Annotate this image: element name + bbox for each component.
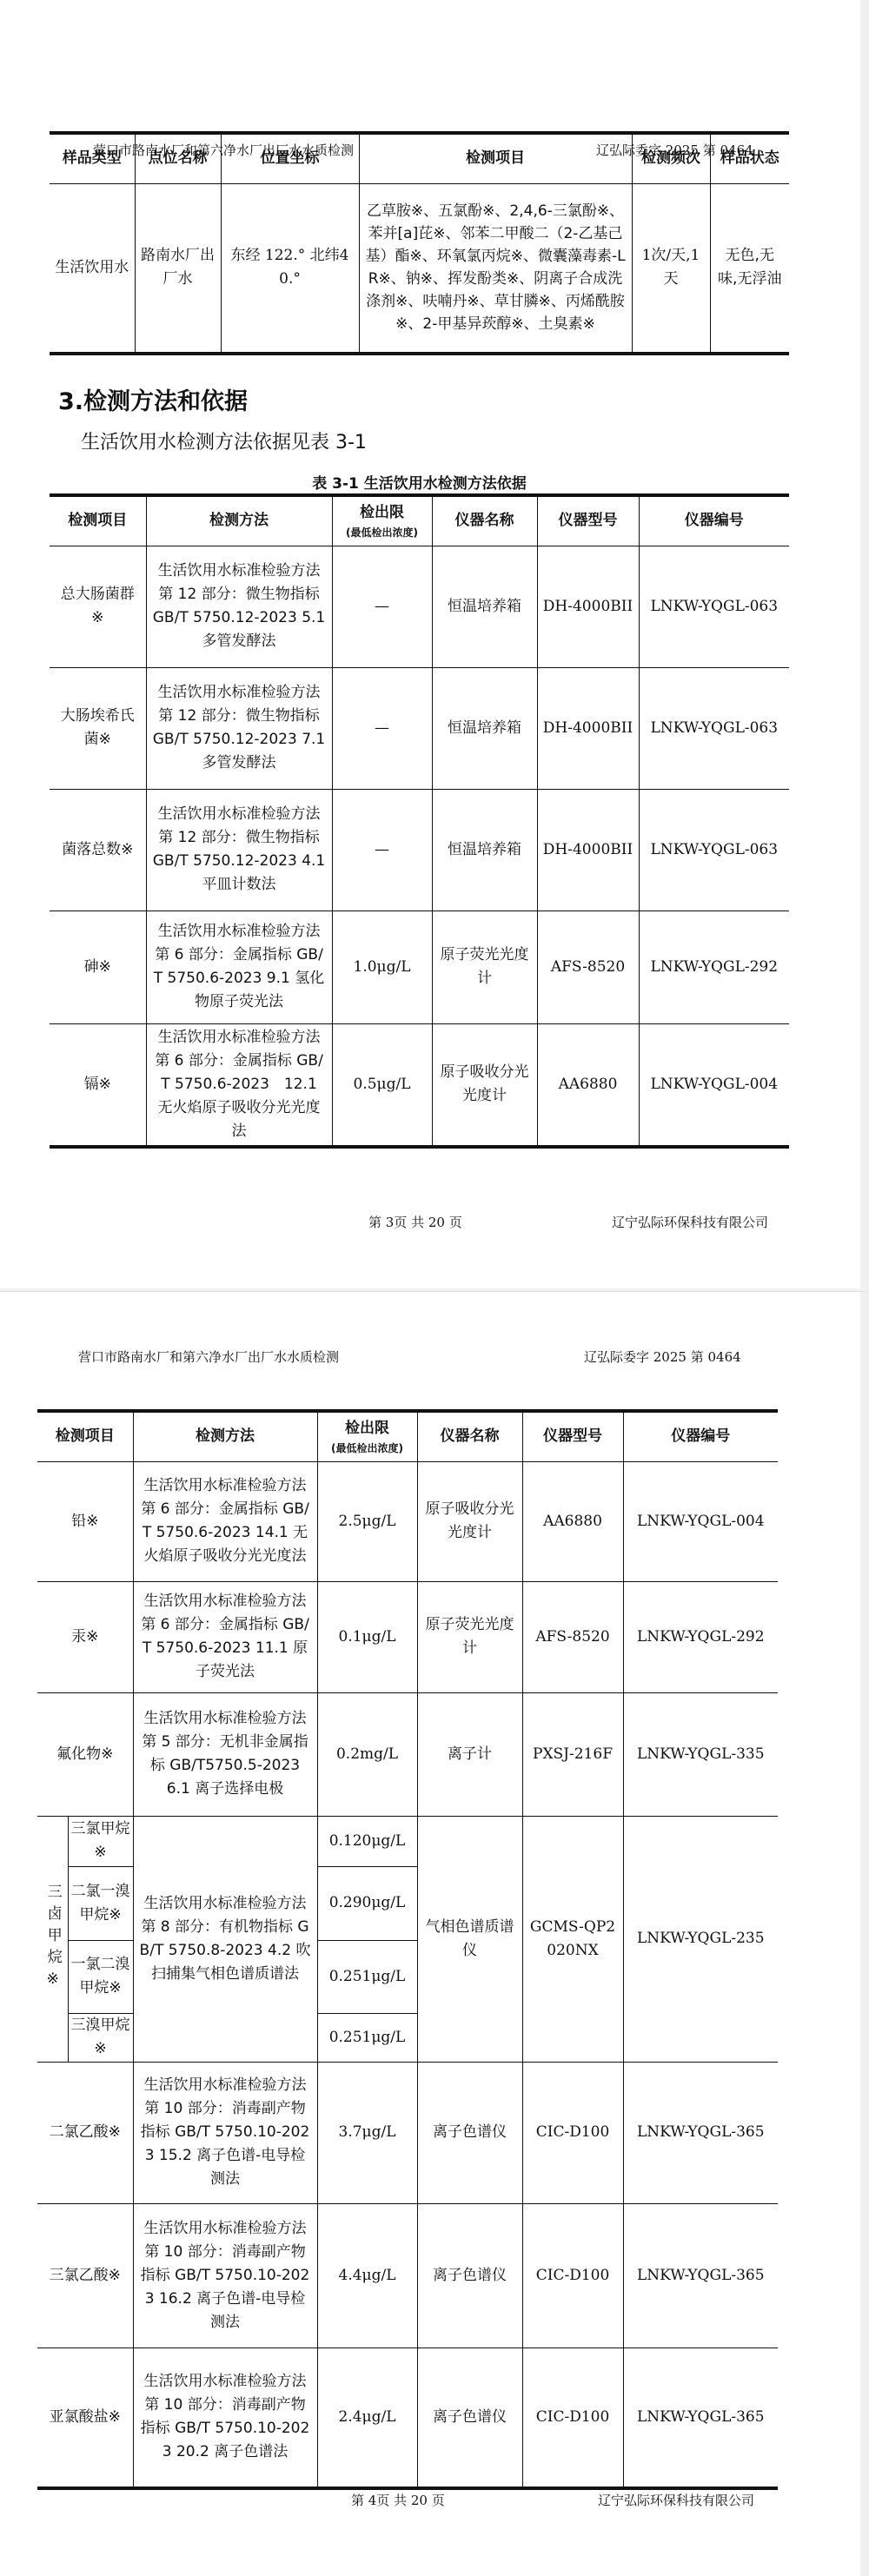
sample-type-cell: 生活饮用水: [50, 183, 135, 354]
serial-cell: LNKW-YQGL-063: [639, 789, 789, 911]
thm-subrow: 三卤甲烷※ 三氯甲烷※ 生活饮用水标准检验方法 第 8 部分：有机物指标 GB/…: [37, 1816, 778, 1866]
item-cell: 三氯乙酸※: [37, 2203, 133, 2348]
item-cell: 铅※: [37, 1461, 133, 1581]
instrument-cell: 离子色谱仪: [417, 2203, 522, 2348]
serial-cell: LNKW-YQGL-063: [639, 667, 789, 789]
limit-sublabel: (最低检出浓度): [338, 525, 427, 540]
limit-cell: 2.4μg/L: [317, 2348, 417, 2488]
limit-cell: 0.5μg/L: [332, 1023, 432, 1147]
thm-serial-cell: LNKW-YQGL-235: [623, 1816, 778, 2062]
col-header-sample-type: 样品类型: [50, 133, 135, 183]
model-cell: AFS-8520: [522, 1581, 623, 1692]
report-number-header: 辽弘际委字 2025 第 0464: [584, 1348, 741, 1366]
model-cell: CIC-D100: [522, 2203, 623, 2348]
limit-cell: 3.7μg/L: [317, 2062, 417, 2203]
serial-cell: LNKW-YQGL-292: [639, 911, 789, 1023]
col-header-serial: 仪器编号: [639, 495, 789, 546]
col-header-state: 样品状态: [710, 133, 789, 183]
item-cell: 二氯乙酸※: [37, 2062, 133, 2203]
method-cell: 生活饮用水标准检验方法 第 6 部分：金属指标 GB/T 5750.6-2023…: [146, 1023, 332, 1147]
limit-cell: 1.0μg/L: [332, 911, 432, 1023]
instrument-cell: 离子色谱仪: [417, 2062, 522, 2203]
limit-cell: —: [332, 789, 432, 911]
item-cell: 汞※: [37, 1581, 133, 1692]
model-cell: CIC-D100: [522, 2062, 623, 2203]
thm-instrument-cell: 气相色谱质谱仪: [417, 1816, 522, 2062]
thm-limit-cell: 0.120μg/L: [317, 1816, 417, 1866]
col-header-frequency: 检测频次: [632, 133, 710, 183]
limit-cell: 0.1μg/L: [317, 1581, 417, 1692]
table-header-row: 样品类型 点位名称 位置坐标 检测项目 检测频次 样品状态: [50, 133, 789, 183]
method-cell: 生活饮用水标准检验方法第 12 部分：微生物指标 GB/T 5750.12-20…: [146, 667, 332, 789]
company-name: 辽宁弘际环保科技有限公司: [598, 2491, 754, 2509]
col-header-instrument: 仪器名称: [417, 1411, 522, 1461]
table-row: 大肠埃希氏菌※ 生活饮用水标准检验方法第 12 部分：微生物指标 GB/T 57…: [50, 667, 789, 789]
item-cell: 总大肠菌群※: [50, 546, 146, 667]
model-cell: DH-4000BII: [537, 789, 639, 911]
thm-limit-cell: 0.251μg/L: [317, 1940, 417, 2013]
item-cell: 镉※: [50, 1023, 146, 1147]
table-row: 铅※ 生活饮用水标准检验方法 第 6 部分：金属指标 GB/T 5750.6-2…: [37, 1461, 778, 1581]
model-cell: PXSJ-216F: [522, 1692, 623, 1816]
method-cell: 生活饮用水标准检验方法 第 6 部分：金属指标 GB/T 5750.6-2023…: [146, 911, 332, 1023]
table-header-row: 检测项目 检测方法 检出限(最低检出浓度) 仪器名称 仪器型号 仪器编号: [37, 1411, 778, 1461]
thm-subitem-cell: 三氯甲烷※: [68, 1816, 133, 1866]
col-header-method: 检测方法: [133, 1411, 317, 1461]
item-cell: 亚氯酸盐※: [37, 2348, 133, 2488]
table-row: 汞※ 生活饮用水标准检验方法 第 6 部分：金属指标 GB/T 5750.6-2…: [37, 1581, 778, 1692]
method-cell: 生活饮用水标准检验方法第 12 部分：微生物指标 GB/T 5750.12-20…: [146, 789, 332, 911]
col-header-model: 仪器型号: [537, 495, 639, 546]
model-cell: AFS-8520: [537, 911, 639, 1023]
thm-group-label: 三卤甲烷※: [37, 1816, 68, 2062]
document-page-3: 营口市路南水厂和第六净水厂出厂水水质检测 辽弘际委字 2025 第 0464 样…: [0, 0, 869, 1288]
method-cell: 生活饮用水标准检验方法 第 5 部分：无机非金属指标 GB/T5750.5-20…: [133, 1692, 317, 1816]
method-cell: 生活饮用水标准检验方法 第 12 部分：微生物指标 GB/T 5750.12-2…: [146, 546, 332, 667]
table-row: 三氯乙酸※ 生活饮用水标准检验方法 第 10 部分：消毒副产物指标 GB/T 5…: [37, 2203, 778, 2348]
section-intro: 生活饮用水检测方法依据见表 3-1: [81, 427, 367, 454]
table-row: 亚氯酸盐※ 生活饮用水标准检验方法 第 10 部分：消毒副产物指标 GB/T 5…: [37, 2348, 778, 2488]
serial-cell: LNKW-YQGL-365: [623, 2062, 778, 2203]
table-row: 镉※ 生活饮用水标准检验方法 第 6 部分：金属指标 GB/T 5750.6-2…: [50, 1023, 789, 1147]
col-header-items: 检测项目: [359, 133, 632, 183]
table-header-row: 检测项目 检测方法 检出限(最低检出浓度) 仪器名称 仪器型号 仪器编号: [50, 495, 789, 546]
col-header-point-name: 点位名称: [135, 133, 221, 183]
instrument-cell: 恒温培养箱: [432, 667, 537, 789]
thm-limit-cell: 0.290μg/L: [317, 1866, 417, 1940]
method-table-part1: 检测项目 检测方法 检出限(最低检出浓度) 仪器名称 仪器型号 仪器编号 总大肠…: [50, 493, 789, 1149]
table-row: 生活饮用水 路南水厂出厂水 东经 122.° 北纬40.° 乙草胺※、五氯酚※、…: [50, 183, 789, 354]
frequency-cell: 1次/天,1天: [632, 183, 710, 354]
model-cell: CIC-D100: [522, 2348, 623, 2488]
limit-label: 检出限: [360, 504, 404, 521]
section-heading: 3.检测方法和依据: [58, 382, 248, 416]
col-header-limit: 检出限(最低检出浓度): [332, 495, 432, 546]
method-cell: 生活饮用水标准检验方法 第 10 部分：消毒副产物指标 GB/T 5750.10…: [133, 2203, 317, 2348]
instrument-cell: 恒温培养箱: [432, 789, 537, 911]
serial-cell: LNKW-YQGL-335: [623, 1692, 778, 1816]
sample-info-table: 样品类型 点位名称 位置坐标 检测项目 检测频次 样品状态 生活饮用水 路南水厂…: [50, 131, 789, 355]
table-row: 二氯乙酸※ 生活饮用水标准检验方法 第 10 部分：消毒副产物指标 GB/T 5…: [37, 2062, 778, 2203]
instrument-cell: 恒温培养箱: [432, 546, 537, 667]
limit-cell: 2.5μg/L: [317, 1461, 417, 1581]
serial-cell: LNKW-YQGL-063: [639, 546, 789, 667]
limit-label: 检出限: [345, 1420, 389, 1437]
item-cell: 氟化物※: [37, 1692, 133, 1816]
method-cell: 生活饮用水标准检验方法 第 6 部分：金属指标 GB/T 5750.6-2023…: [133, 1461, 317, 1581]
col-header-instrument: 仪器名称: [432, 495, 537, 546]
table-row: 菌落总数※ 生活饮用水标准检验方法第 12 部分：微生物指标 GB/T 5750…: [50, 789, 789, 911]
table-row: 总大肠菌群※ 生活饮用水标准检验方法 第 12 部分：微生物指标 GB/T 57…: [50, 546, 789, 667]
limit-cell: 0.2mg/L: [317, 1692, 417, 1816]
table-row: 氟化物※ 生活饮用水标准检验方法 第 5 部分：无机非金属指标 GB/T5750…: [37, 1692, 778, 1816]
instrument-cell: 原子荧光光度计: [417, 1581, 522, 1692]
company-name: 辽宁弘际环保科技有限公司: [612, 1213, 768, 1231]
col-header-method: 检测方法: [146, 495, 332, 546]
thm-limit-cell: 0.251μg/L: [317, 2013, 417, 2062]
instrument-cell: 原子吸收分光光度计: [432, 1023, 537, 1147]
item-cell: 菌落总数※: [50, 789, 146, 911]
serial-cell: LNKW-YQGL-004: [639, 1023, 789, 1147]
table-row: 砷※ 生活饮用水标准检验方法 第 6 部分：金属指标 GB/T 5750.6-2…: [50, 911, 789, 1023]
serial-cell: LNKW-YQGL-004: [623, 1461, 778, 1581]
method-table-part2: 检测项目 检测方法 检出限(最低检出浓度) 仪器名称 仪器型号 仪器编号 铅※ …: [37, 1409, 778, 2490]
table-caption: 表 3-1 生活饮用水检测方法依据: [50, 471, 789, 493]
page-number: 第 3页 共 20 页: [368, 1213, 462, 1231]
col-header-model: 仪器型号: [522, 1411, 623, 1461]
serial-cell: LNKW-YQGL-365: [623, 2348, 778, 2488]
instrument-cell: 离子色谱仪: [417, 2348, 522, 2488]
instrument-cell: 原子吸收分光光度计: [417, 1461, 522, 1581]
method-cell: 生活饮用水标准检验方法 第 6 部分：金属指标 GB/T 5750.6-2023…: [133, 1581, 317, 1692]
serial-cell: LNKW-YQGL-292: [623, 1581, 778, 1692]
instrument-cell: 离子计: [417, 1692, 522, 1816]
method-cell: 生活饮用水标准检验方法 第 10 部分：消毒副产物指标 GB/T 5750.10…: [133, 2062, 317, 2203]
report-title-header: 营口市路南水厂和第六净水厂出厂水水质检测: [78, 1348, 339, 1366]
limit-cell: —: [332, 546, 432, 667]
thm-subitem-cell: 三溴甲烷※: [68, 2013, 133, 2062]
coordinates-cell: 东经 122.° 北纬40.°: [221, 183, 359, 354]
sample-state-cell: 无色,无味,无浮油: [710, 183, 789, 354]
limit-cell: —: [332, 667, 432, 789]
item-cell: 砷※: [50, 911, 146, 1023]
limit-cell: 4.4μg/L: [317, 2203, 417, 2348]
col-header-serial: 仪器编号: [623, 1411, 778, 1461]
col-header-item: 检测项目: [37, 1411, 133, 1461]
thm-subitem-cell: 二氯一溴甲烷※: [68, 1866, 133, 1940]
thm-subitem-cell: 一氯二溴甲烷※: [68, 1940, 133, 2013]
method-cell: 生活饮用水标准检验方法 第 10 部分：消毒副产物指标 GB/T 5750.10…: [133, 2348, 317, 2488]
thm-method-cell: 生活饮用水标准检验方法 第 8 部分：有机物指标 GB/T 5750.8-202…: [133, 1816, 317, 2062]
thm-model-cell: GCMS-QP2020NX: [522, 1816, 623, 2062]
serial-cell: LNKW-YQGL-365: [623, 2203, 778, 2348]
page-number: 第 4页 共 20 页: [351, 2491, 445, 2509]
model-cell: DH-4000BII: [537, 667, 639, 789]
model-cell: DH-4000BII: [537, 546, 639, 667]
document-page-4: 营口市路南水厂和第六净水厂出厂水水质检测 辽弘际委字 2025 第 0464 检…: [0, 1291, 869, 2576]
instrument-cell: 原子荧光光度计: [432, 911, 537, 1023]
limit-sublabel: (最低检出浓度): [323, 1440, 412, 1456]
item-cell: 大肠埃希氏菌※: [50, 667, 146, 789]
model-cell: AA6880: [522, 1461, 623, 1581]
point-name-cell: 路南水厂出厂水: [135, 183, 221, 354]
test-items-cell: 乙草胺※、五氯酚※、2,4,6-三氯酚※、苯并[a]芘※、邻苯二甲酸二（2-乙基…: [359, 183, 632, 354]
model-cell: AA6880: [537, 1023, 639, 1147]
col-header-limit: 检出限(最低检出浓度): [317, 1411, 417, 1461]
col-header-item: 检测项目: [50, 495, 146, 546]
col-header-coordinates: 位置坐标: [221, 133, 359, 183]
